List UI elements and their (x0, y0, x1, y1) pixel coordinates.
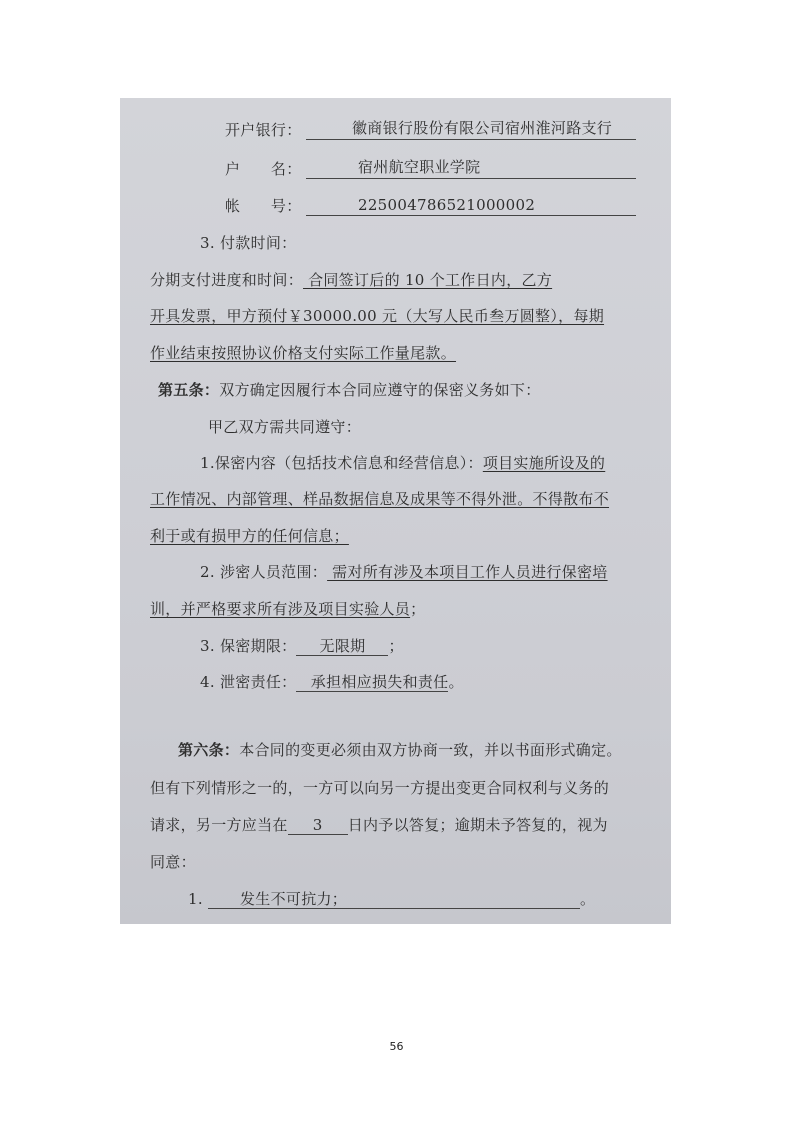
article-6-item-1-text: 发生不可抗力； (208, 890, 347, 908)
article-6-line-4: 同意： (150, 852, 196, 872)
account-number-value: 225004786521000002 (358, 195, 535, 215)
confidential-item-1-line-3: 利于或有损甲方的任何信息； (150, 526, 349, 546)
document-photo: 开户银行： 徽商银行股份有限公司宿州淮河路支行 户 名： 宿州航空职业学院 帐 … (120, 98, 671, 924)
account-name-value: 宿州航空职业学院 (358, 157, 480, 177)
confidential-item-2-line-2-suffix: ； (410, 600, 425, 618)
payment-line-2: 开具发票，甲方预付￥30000.00 元（大写人民币叁万圆整），每期 (150, 306, 604, 326)
article-5-intro: 甲乙双方需共同遵守： (208, 417, 361, 437)
account-number-label: 帐 号： (225, 196, 302, 216)
article-6-item-1-number: 1. (188, 890, 203, 908)
article-5-title-text: 双方确定因履行本合同应遵守的保密义务如下： (219, 381, 540, 399)
confidentiality-period-value: 无限期 (296, 637, 388, 656)
article-6-line-1: 第六条：本合同的变更必须由双方协商一致，并以书面形式确定。 (178, 740, 622, 760)
article-6-line-3-suffix: 日内予以答复；逾期未予答复的，视为 (348, 816, 608, 834)
confidential-item-2-line-2-underlined: 训，并严格要求所有涉及项目实验人员 (150, 600, 410, 618)
confidential-item-4: 4. 泄密责任：承担相应损失和责任。 (200, 672, 464, 692)
article-6-line-3-prefix: 请求，另一方应当在 (150, 816, 288, 834)
confidential-item-1-prefix: 1.保密内容（包括技术信息和经营信息）： (200, 454, 483, 472)
article-6-title: 第六条： (178, 741, 239, 759)
confidential-item-1-underlined: 项目实施所设及的 (483, 454, 605, 472)
bank-value: 徽商银行股份有限公司宿州淮河路支行 (352, 118, 612, 138)
article-6-line-2: 但有下列情形之一的，一方可以向另一方提出变更合同权利与义务的 (150, 778, 609, 798)
confidential-item-3-prefix: 3. 保密期限： (200, 637, 296, 655)
confidential-item-2-prefix: 2. 涉密人员范围： (200, 563, 327, 581)
confidential-item-2-underlined: 需对所有涉及本项目工作人员进行保密培 (327, 563, 607, 581)
page-number: 56 (0, 1040, 793, 1053)
payment-time-heading: 3. 付款时间： (200, 233, 296, 253)
bank-label: 开户银行： (225, 120, 302, 140)
article-6-item-1-value: 发生不可抗力； (208, 890, 580, 909)
article-6-item-1: 1. 发生不可抗力；。 (188, 889, 595, 909)
reply-days-value: 3 (288, 816, 348, 835)
article-6-line-1-text: 本合同的变更必须由双方协商一致，并以书面形式确定。 (239, 741, 622, 759)
account-name-label: 户 名： (225, 159, 302, 179)
payment-line-1: 分期支付进度和时间： 合同签订后的 10 个工作日内，乙方 (150, 270, 552, 290)
confidential-item-4-suffix: 。 (448, 673, 463, 691)
confidential-item-1-line-2: 工作情况、内部管理、样品数据信息及成果等不得外泄。不得散布不 (150, 489, 609, 509)
payment-line-1-underlined: 合同签订后的 10 个工作日内，乙方 (303, 271, 552, 289)
payment-line-1-prefix: 分期支付进度和时间： (150, 271, 303, 289)
confidential-item-3: 3. 保密期限：无限期； (200, 636, 404, 656)
article-6-line-3: 请求，另一方应当在3日内予以答复；逾期未予答复的，视为 (150, 815, 608, 835)
confidential-item-2-line-2: 训，并严格要求所有涉及项目实验人员； (150, 599, 425, 619)
leak-liability-value: 承担相应损失和责任 (296, 673, 448, 692)
payment-line-3: 作业结束按照协议价格支付实际工作量尾款。 (150, 343, 456, 363)
confidential-item-2: 2. 涉密人员范围： 需对所有涉及本项目工作人员进行保密培 (200, 562, 608, 582)
article-6-item-1-suffix: 。 (580, 890, 595, 908)
confidential-item-3-suffix: ； (388, 637, 403, 655)
article-5-heading: 第五条：双方确定因履行本合同应遵守的保密义务如下： (158, 380, 541, 400)
confidential-item-4-prefix: 4. 泄密责任： (200, 673, 296, 691)
confidential-item-1: 1.保密内容（包括技术信息和经营信息）：项目实施所设及的 (200, 453, 605, 473)
article-5-title: 第五条： (158, 381, 219, 399)
